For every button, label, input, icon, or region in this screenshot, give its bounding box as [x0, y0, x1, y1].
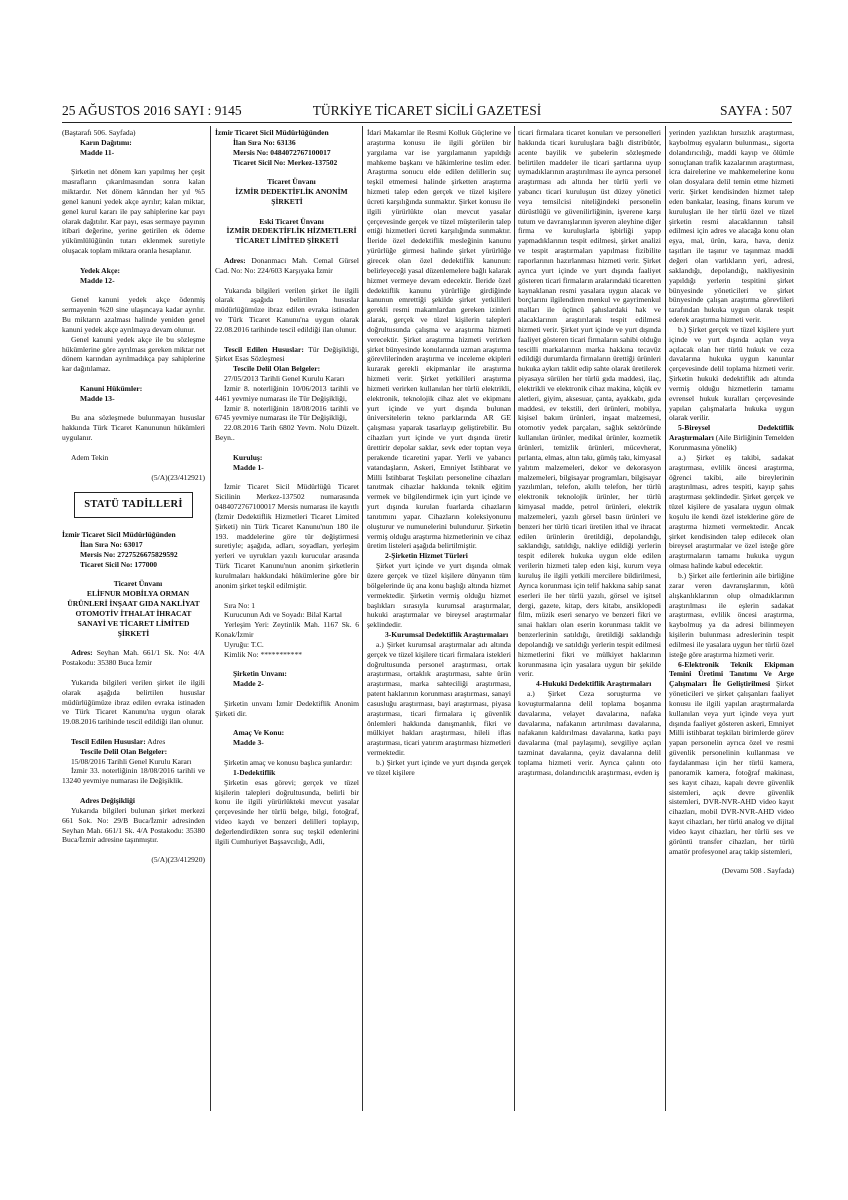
continued-from: (Baştarafı 506. Sayfada) [62, 128, 205, 138]
paragraph: İdari Makamlar ile Resmi Kolluk Güçlerin… [367, 128, 511, 551]
reference-code: (5/A)(23/412920) [62, 855, 205, 865]
founder-nationality: Uyruğu: T.C. [215, 640, 359, 650]
evidence-document: İzmir 8. noterliğinin 18/08/2016 tarihli… [215, 404, 359, 424]
paragraph: Genel kanuni yedek akçe ile bu sözleşme … [62, 335, 205, 374]
article-heading: Şirketin Unvanı: [215, 669, 359, 679]
registry-office: İzmir Ticaret Sicil Müdürlüğünden [62, 530, 205, 540]
registry-number: Ticaret Sicil No: 177000 [62, 560, 205, 570]
trade-name-label: Ticaret Ünvanı [215, 177, 359, 187]
paragraph: ticari firmalara ticaret konuları ve per… [518, 128, 661, 679]
subsection-paragraph: 6-Elektronik Teknik Ekipman Temini Üreti… [669, 660, 794, 857]
paragraph: a.) Şirket eş takibi, sadakat araştırmas… [669, 453, 794, 571]
column-5: yerinden yazlıktan hırsızlık araştırması… [669, 128, 794, 876]
subsection-heading: 1-Dedektiflik [215, 768, 359, 778]
paragraph: Yukarıda bilgileri bulunan şirket merkez… [62, 806, 205, 845]
paragraph: Yukarıda bilgileri verilen şirket ile il… [215, 286, 359, 335]
evidence-document: 15/08/2016 Tarihli Genel Kurulu Kararı [62, 757, 205, 767]
registry-office: İzmir Ticaret Sicil Müdürlüğünden [215, 128, 359, 138]
ilan-number: İlan Sıra No: 63136 [215, 138, 359, 148]
registered-matters: Tescil Edilen Hususlar: Tür Değişikliği,… [215, 345, 359, 365]
paragraph: b.) Şirket gerçek ve tüzel kişilere yurt… [669, 325, 794, 423]
address-label: Adres: [71, 648, 93, 657]
paragraph: Şirketin unvanı İzmir Dedektiflik Anonim… [215, 699, 359, 719]
column-divider [210, 126, 211, 1111]
mersis-number: Mersis No: 2727526675829592 [62, 550, 205, 560]
paragraph: Bu ana sözleşmede bulunmayan hususlar ha… [62, 413, 205, 443]
evidence-documents-label: Tescile Delil Olan Belgeler: [215, 364, 359, 374]
registered-matters-label: Tescil Edilen Hususlar: [224, 345, 304, 354]
founder-residence: Yerleşim Yeri: Zeytinlik Mah. 1167 Sk. 6… [215, 620, 359, 640]
evidence-document: İzmir 33. noterliğinin 18/08/2016 tarihl… [62, 766, 205, 786]
article-number: Madde 11- [62, 148, 205, 158]
article-heading: Yedek Akçe: [62, 266, 205, 276]
paragraph: Yukarıda bilgileri verilen şirket ile il… [62, 678, 205, 727]
registered-matters-label: Tescil Edilen Hususlar: [71, 737, 146, 746]
subsection-heading: Adres Değişikliği [62, 796, 205, 806]
article-heading: Amaç Ve Konu: [215, 728, 359, 738]
paragraph: b.) Şirket aile fertlerinin aile birliği… [669, 571, 794, 660]
article-number: Madde 13- [62, 394, 205, 404]
column-2: İzmir Ticaret Sicil Müdürlüğünden İlan S… [215, 128, 359, 847]
paragraph: İzmir Ticaret Sicil Müdürlüğü Ticaret Si… [215, 482, 359, 590]
article-number: Madde 12- [62, 276, 205, 286]
paragraph: a.) Şirket Ceza soruşturma ve kovuşturma… [518, 689, 661, 778]
old-trade-name-label: Eski Ticaret Ünvanı [215, 217, 359, 227]
evidence-document: İzmir 8. noterliğinin 10/06/2013 tarihli… [215, 384, 359, 404]
column-divider [665, 126, 666, 1111]
column-divider [362, 126, 363, 1111]
paragraph: Şirket yöneticileri ve şirket çalışanlar… [669, 679, 794, 855]
reference-code: (5/A)(23/412921) [62, 473, 205, 483]
evidence-document: 22.08.2016 Tarih 6802 Yevm. Nolu Düzelt.… [215, 423, 359, 443]
continued-on: (Devamı 508 . Sayfada) [669, 866, 794, 876]
article-number: Madde 3- [215, 738, 359, 748]
evidence-document: 27/05/2013 Tarihli Genel Kurulu Kararı [215, 374, 359, 384]
paragraph: Şirketin esas görevi; gerçek ve tüzel ki… [215, 778, 359, 847]
page-number: SAYFA : 507 [720, 101, 792, 121]
subsection-heading: 4-Hukuki Dedektiflik Araştırmaları [518, 679, 661, 689]
paragraph: b.) Şirket yurt içinde ve yurt dışında g… [367, 758, 511, 778]
signer-name: Adem Tekin [62, 453, 205, 463]
mersis-number: Mersis No: 0484072767100017 [215, 148, 359, 158]
article-number: Madde 2- [215, 679, 359, 689]
column-4: ticari firmalara ticaret konuları ve per… [518, 128, 661, 778]
column-divider [514, 126, 515, 1111]
header-divider [62, 122, 792, 123]
registry-number: Ticaret Sicil No: Merkez-137502 [215, 158, 359, 168]
gazette-title: TÜRKİYE TİCARET SİCİLİ GAZETESİ [62, 101, 792, 121]
address-paragraph: Adres: Donanmacı Mah. Cemal Gürsel Cad. … [215, 256, 359, 276]
paragraph: Şirket yurt içinde ve yurt dışında olmak… [367, 561, 511, 630]
column-3: İdari Makamlar ile Resmi Kolluk Güçlerin… [367, 128, 511, 778]
founder-order: Sıra No: 1 [215, 601, 359, 611]
registered-matters-value: Adres [147, 737, 165, 746]
paragraph: a.) Şirket kurumsal araştırmalar adı alt… [367, 640, 511, 758]
article-heading: Kanuni Hükümler: [62, 384, 205, 394]
section-title-box: STATÜ TADİLLERİ [74, 492, 193, 518]
paragraph: Şirketin amaç ve konusu başlıca şunlardı… [215, 758, 359, 768]
article-heading: Karın Dağıtımı: [62, 138, 205, 148]
page-header: 25 AĞUSTOS 2016 SAYI : 9145 TÜRKİYE TİCA… [62, 101, 792, 121]
article-heading: Kuruluş: [215, 453, 359, 463]
registered-matters: Tescil Edilen Hususlar: Adres [62, 737, 205, 747]
paragraph: Genel kanuni yedek akçe ödenmiş sermayen… [62, 295, 205, 334]
founder-id: Kimlik No: *********** [215, 650, 359, 660]
trade-name: ELİFNUR MOBİLYA ORMAN ÜRÜNLERİ İNŞAAT GI… [62, 589, 205, 638]
trade-name-label: Ticaret Ünvanı [62, 579, 205, 589]
evidence-documents-label: Tescile Delil Olan Belgeler: [62, 747, 205, 757]
paragraph: Şirketin net dönem karı yapılmış her çeş… [62, 167, 205, 256]
column-1: (Baştarafı 506. Sayfada) Karın Dağıtımı:… [62, 128, 205, 865]
address-label: Adres: [224, 256, 246, 265]
trade-name: İZMİR DEDEKTİFLİK ANONİM ŞİRKETİ [215, 187, 359, 207]
paragraph: yerinden yazlıktan hırsızlık araştırması… [669, 128, 794, 325]
subsection-paragraph: 5-Bireysel Dedektiflik Araştırmaları (Ai… [669, 423, 794, 453]
old-trade-name: İZMİR DEDEKTİFLİK HİZMETLERİ TİCARET LİM… [215, 226, 359, 246]
subsection-heading: 3-Kurumsal Dedektiflik Araştırmaları [367, 630, 511, 640]
founder-name: Kurucunun Adı ve Soyadı: Bilal Kartal [215, 610, 359, 620]
article-number: Madde 1- [215, 463, 359, 473]
subsection-heading: 2-Şirketin Hizmet Türleri [367, 551, 511, 561]
ilan-number: İlan Sıra No: 63017 [62, 540, 205, 550]
address-paragraph: Adres: Seyhan Mah. 661/1 Sk. No: 4/A Pos… [62, 648, 205, 668]
